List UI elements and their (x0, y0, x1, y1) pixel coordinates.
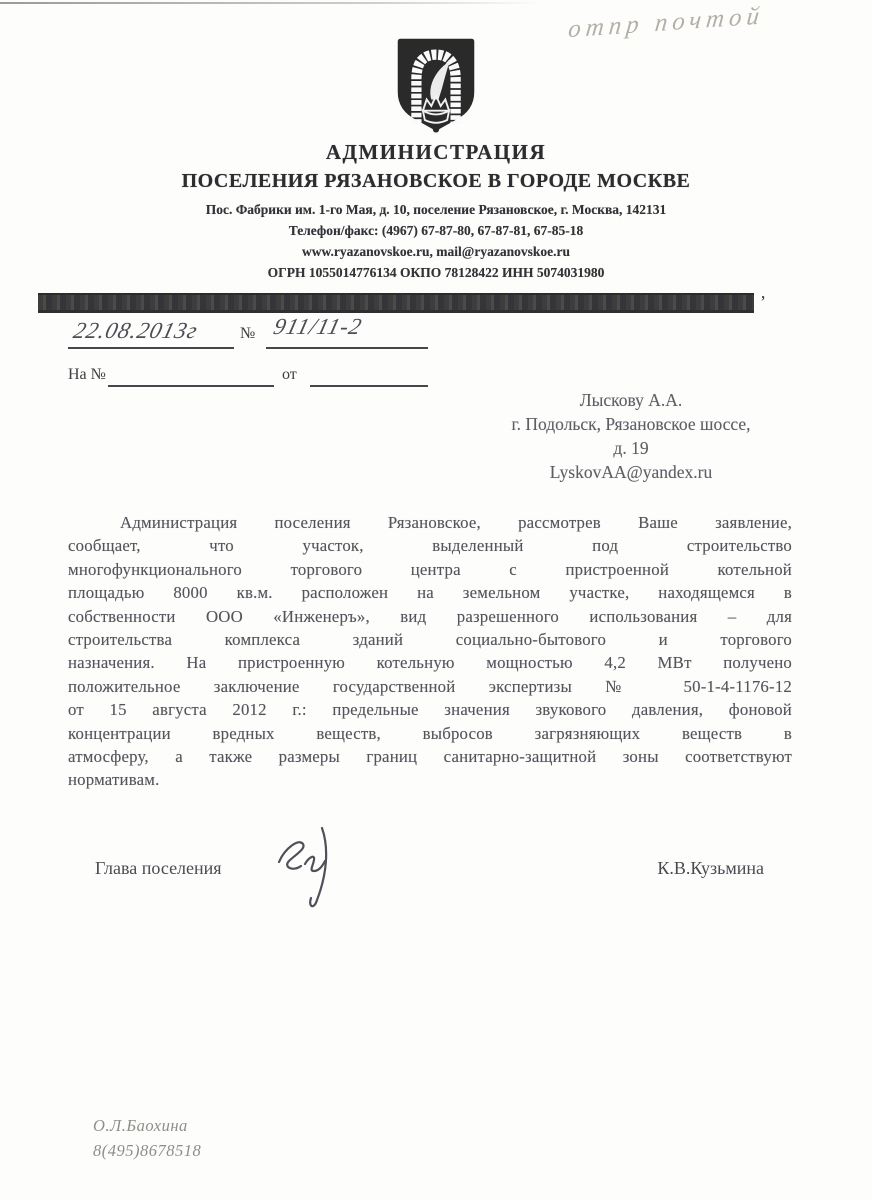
body-line: от 15 августа 2012 г.: предельные значен… (68, 698, 792, 721)
date-underline (68, 347, 234, 349)
signer-title: Глава поселения (95, 858, 222, 879)
executor-block: О.Л.Баохина 8(495)8678518 (93, 1113, 201, 1163)
signature-scrawl-icon (265, 820, 345, 920)
org-name-line2: ПОСЕЛЕНИЯ РЯЗАНОВСКОЕ В ГОРОДЕ МОСКВЕ (0, 170, 872, 193)
body-line: сообщает, что участок, выделенный под ст… (68, 534, 792, 557)
signer-name: К.В.Кузьмина (657, 858, 764, 879)
body-line: Администрация поселения Рязановское, рас… (68, 511, 792, 534)
body-line: атмосферу, а также размеры границ санита… (68, 745, 792, 768)
body-line: назначения. На пристроенную котельную мо… (68, 651, 792, 674)
divider-bar (38, 293, 754, 313)
executor-phone: 8(495)8678518 (93, 1138, 201, 1163)
body-line: площадью 8000 кв.м. расположен на земель… (68, 581, 792, 604)
letterhead: АДМИНИСТРАЦИЯ ПОСЕЛЕНИЯ РЯЗАНОВСКОЕ В ГО… (0, 36, 872, 286)
scanned-letter-page: отпр почтой АДМИНИСТРАЦИЯ ПОСЕЛЕНИЯ РЯЗА… (0, 0, 872, 1200)
executor-name: О.Л.Баохина (93, 1113, 201, 1138)
org-phone: Телефон/факс: (4967) 67-87-80, 67-87-81,… (0, 223, 872, 239)
org-web-email: www.ryazanovskoe.ru, mail@ryazanovskoe.r… (0, 244, 872, 260)
from-label: от (282, 366, 297, 384)
outgoing-ref-row: 22.08.2013г № 911/11-2 (68, 318, 498, 352)
recipient-block: Лыскову А.А. г. Подольск, Рязановское шо… (426, 388, 836, 484)
body-line: многофункционального торгового центра с … (68, 558, 792, 581)
org-name-line1: АДМИНИСТРАЦИЯ (0, 140, 872, 165)
coat-of-arms-icon (394, 36, 478, 134)
reference-block: 22.08.2013г № 911/11-2 На № от (68, 318, 498, 392)
handwritten-number: 911/11-2 (271, 314, 365, 340)
handwritten-date: 22.08.2013г (71, 318, 201, 344)
number-underline (266, 347, 428, 349)
org-address: Пос. Фабрики им. 1-го Мая, д. 10, поселе… (0, 202, 872, 218)
body-line: строительства комплекса зданий социально… (68, 628, 792, 651)
letter-body: Администрация поселения Рязановское, рас… (68, 511, 792, 792)
recipient-house: д. 19 (426, 436, 836, 460)
org-registration: ОГРН 1055014776134 ОКПО 78128422 ИНН 507… (0, 265, 872, 281)
body-line: концентрации вредных веществ, выбросов з… (68, 722, 792, 745)
scan-artifact-mark: ’ (760, 292, 766, 313)
reply-number-underline (108, 385, 274, 387)
recipient-city-street: г. Подольск, Рязановское шоссе, (426, 412, 836, 436)
body-line: собственности ООО «Инженеръ», вид разреш… (68, 605, 792, 628)
recipient-name: Лыскову А.А. (426, 388, 836, 412)
body-line: положительное заключение государственной… (68, 675, 792, 698)
reply-date-underline (310, 385, 428, 387)
reply-to-label: На № (68, 366, 106, 384)
recipient-email: LyskovAA@yandex.ru (426, 460, 836, 484)
number-sign-label: № (240, 325, 255, 343)
body-line: нормативам. (68, 768, 792, 791)
